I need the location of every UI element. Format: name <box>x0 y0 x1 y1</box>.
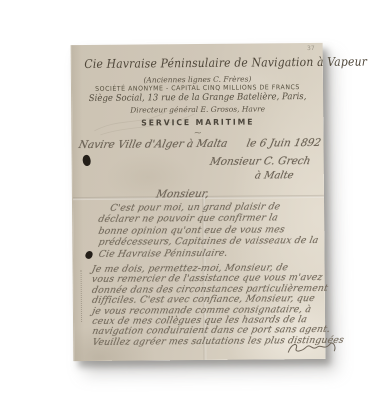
recipient-place-text: à Malte <box>253 170 294 181</box>
dateline-ship-place: Navire Ville d'Alger à Malta <box>78 138 229 151</box>
body-paragraph-2: Je me dois, permettez-moi, Monsieur, de … <box>91 263 343 348</box>
dateline-row: Navire Ville d'Alger à Malta le 6 Juin 1… <box>77 137 319 151</box>
pencil-inventory-note: 37 <box>307 45 315 52</box>
recipient-name-text: Monsieur C. Grech <box>209 155 312 168</box>
dateline-date: le 6 Juin 1892 <box>245 137 322 150</box>
ink-blot <box>81 154 92 167</box>
recipient-name: Monsieur C. Grech <box>209 155 310 168</box>
letterhead-company-name: Cie Havraise Péninsulaire de Navigation … <box>84 55 310 71</box>
recipient-place: à Malte <box>253 170 292 181</box>
letter-photograph: Cie Havraise Péninsulaire de Navigation … <box>0 0 380 420</box>
body-paragraph-1: C'est pour moi, un grand plaisir de décl… <box>97 201 317 260</box>
body-line: prédécesseurs, Capitaines de vaisseaux d… <box>97 235 319 248</box>
body-line: Cie Havraise Péninsulaire. <box>98 247 229 260</box>
signature-scrawl <box>286 339 338 357</box>
salutation: Monsieur, <box>155 188 208 200</box>
ink-blot <box>85 250 93 259</box>
letter-paper: Cie Havraise Péninsulaire de Navigation … <box>71 43 326 361</box>
salutation-text: Monsieur, <box>155 188 210 200</box>
ink-transfer-ghost-marks <box>90 96 200 137</box>
left-margin-imprint <box>81 270 82 322</box>
